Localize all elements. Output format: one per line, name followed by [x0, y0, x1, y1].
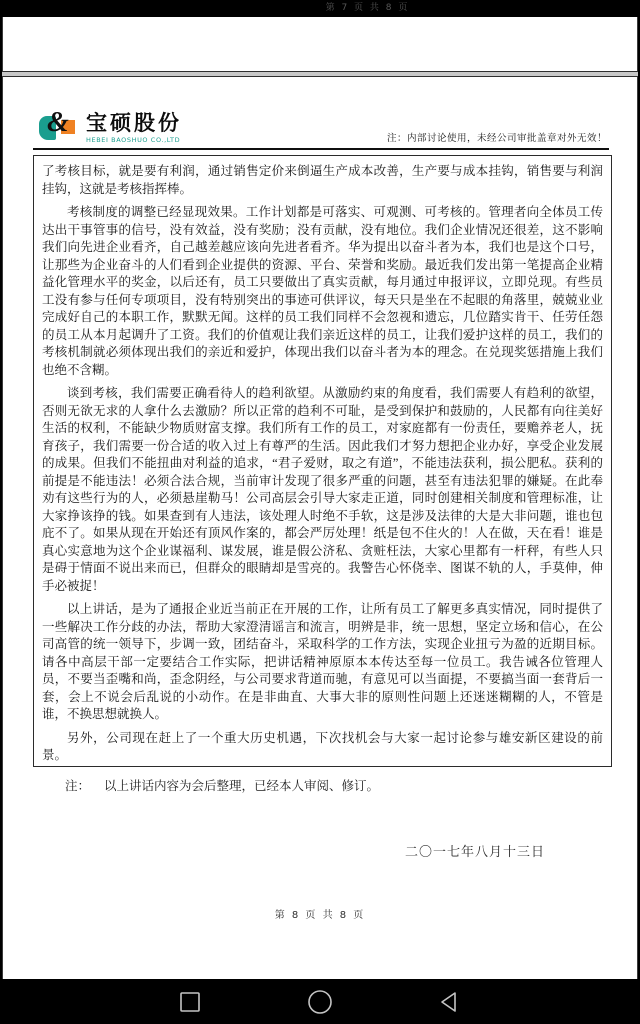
paragraph: 以上讲话，是为了通报企业近当前正在开展的工作，让所有员工了解更多真实情况，同时提… — [42, 601, 603, 724]
previous-page-indicator-bar: 第 7 页 共 8 页 — [0, 0, 640, 17]
company-name-cn: 宝硕股份 — [86, 113, 182, 135]
recents-square-icon — [178, 990, 202, 1014]
confidentiality-note: 注：内部讨论使用，未经公司审批盖章对外无效！ — [387, 130, 607, 144]
back-triangle-icon — [438, 990, 462, 1014]
paragraph: 另外，公司现在赶上了一个重大历史机遇，下次找机会与大家一起讨论参与雄安新区建设的… — [42, 730, 603, 765]
page8-document[interactable]: & 宝硕股份 HEBEI BAOSHUO CO.,LTD 注：内部讨论使用，未经… — [2, 76, 638, 979]
android-navigation-bar — [0, 980, 640, 1024]
home-circle-icon — [307, 989, 333, 1015]
current-page-indicator: 第 8 页 共 8 页 — [3, 906, 637, 921]
home-button[interactable] — [307, 989, 333, 1015]
logo-text-block: 宝硕股份 HEBEI BAOSHUO CO.,LTD — [86, 113, 182, 144]
logo-ampersand: & — [47, 109, 69, 137]
company-name-en: HEBEI BAOSHUO CO.,LTD — [86, 136, 182, 144]
recents-button[interactable] — [177, 989, 203, 1015]
transcript-footnote: 注：以上讲话内容为会后整理，已经本人审阅、修订。 — [65, 776, 379, 794]
baoshuo-logo-icon: & — [39, 113, 79, 143]
paragraph: 了考核目标，就是要有利润，通过销售定价来倒逼生产成本改善，生产要与成本挂钩，销售… — [42, 163, 603, 198]
header-divider — [33, 148, 609, 150]
footnote-text: 以上讲话内容为会后整理，已经本人审阅、修订。 — [104, 779, 379, 793]
document-date: 二〇一七年八月十三日 — [405, 841, 545, 860]
company-logo: & 宝硕股份 HEBEI BAOSHUO CO.,LTD — [39, 113, 182, 144]
footnote-label: 注： — [65, 779, 90, 793]
paragraph: 谈到考核，我们需要正确看待人的趋利欲望。从激励约束的角度看，我们需要人有趋利的欲… — [42, 385, 603, 595]
speech-text-box: 了考核目标，就是要有利润，通过销售定价来倒逼生产成本改善，生产要与成本挂钩，销售… — [33, 155, 612, 767]
document-viewer-screen: 第 7 页 共 8 页 & 宝硕股份 HEBEI BAOSHUO CO.,LTD… — [0, 0, 640, 1024]
page7-bottom-remainder[interactable] — [2, 17, 638, 72]
previous-page-indicator: 第 7 页 共 8 页 — [326, 3, 410, 13]
back-button[interactable] — [437, 989, 463, 1015]
paragraph: 考核制度的调整已经显现效果。工作计划都是可落实、可观测、可考核的。管理者向全体员… — [42, 204, 603, 379]
